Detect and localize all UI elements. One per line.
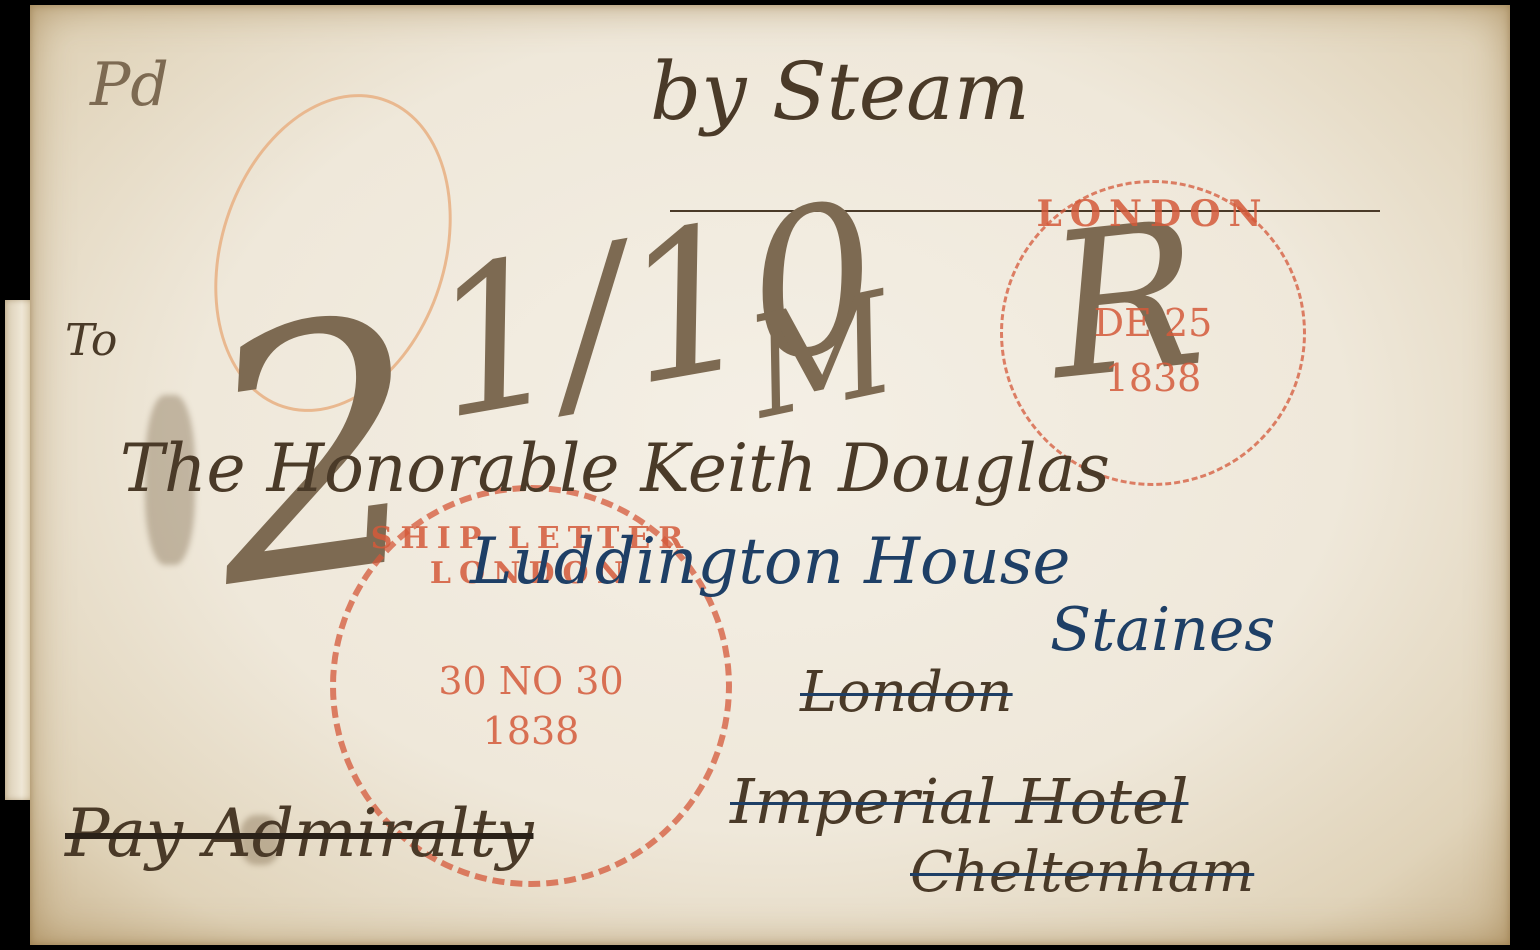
rate-mark-m: M [735, 262, 909, 451]
redirect-address-line-1: Luddington House [470, 525, 1070, 599]
original-address-town-crossed: Cheltenham [910, 840, 1254, 905]
original-address-hotel-crossed: Imperial Hotel [730, 765, 1188, 838]
left-folded-edge [5, 300, 33, 800]
original-address-london-crossed: London [800, 660, 1013, 725]
postal-cover: Pd by Steam To 1/10 2 M R LONDON DE 25 1… [30, 5, 1510, 945]
paid-corner-mark: Pd [90, 50, 169, 120]
crossed-out-endorsement: Pay Admiralty [65, 795, 533, 872]
redirect-address-line-2: Staines [1050, 595, 1275, 665]
salutation-to: To [65, 315, 117, 366]
route-instruction-by-steam: by Steam [650, 45, 1030, 138]
addressee-name: The Honorable Keith Douglas [120, 430, 1110, 507]
